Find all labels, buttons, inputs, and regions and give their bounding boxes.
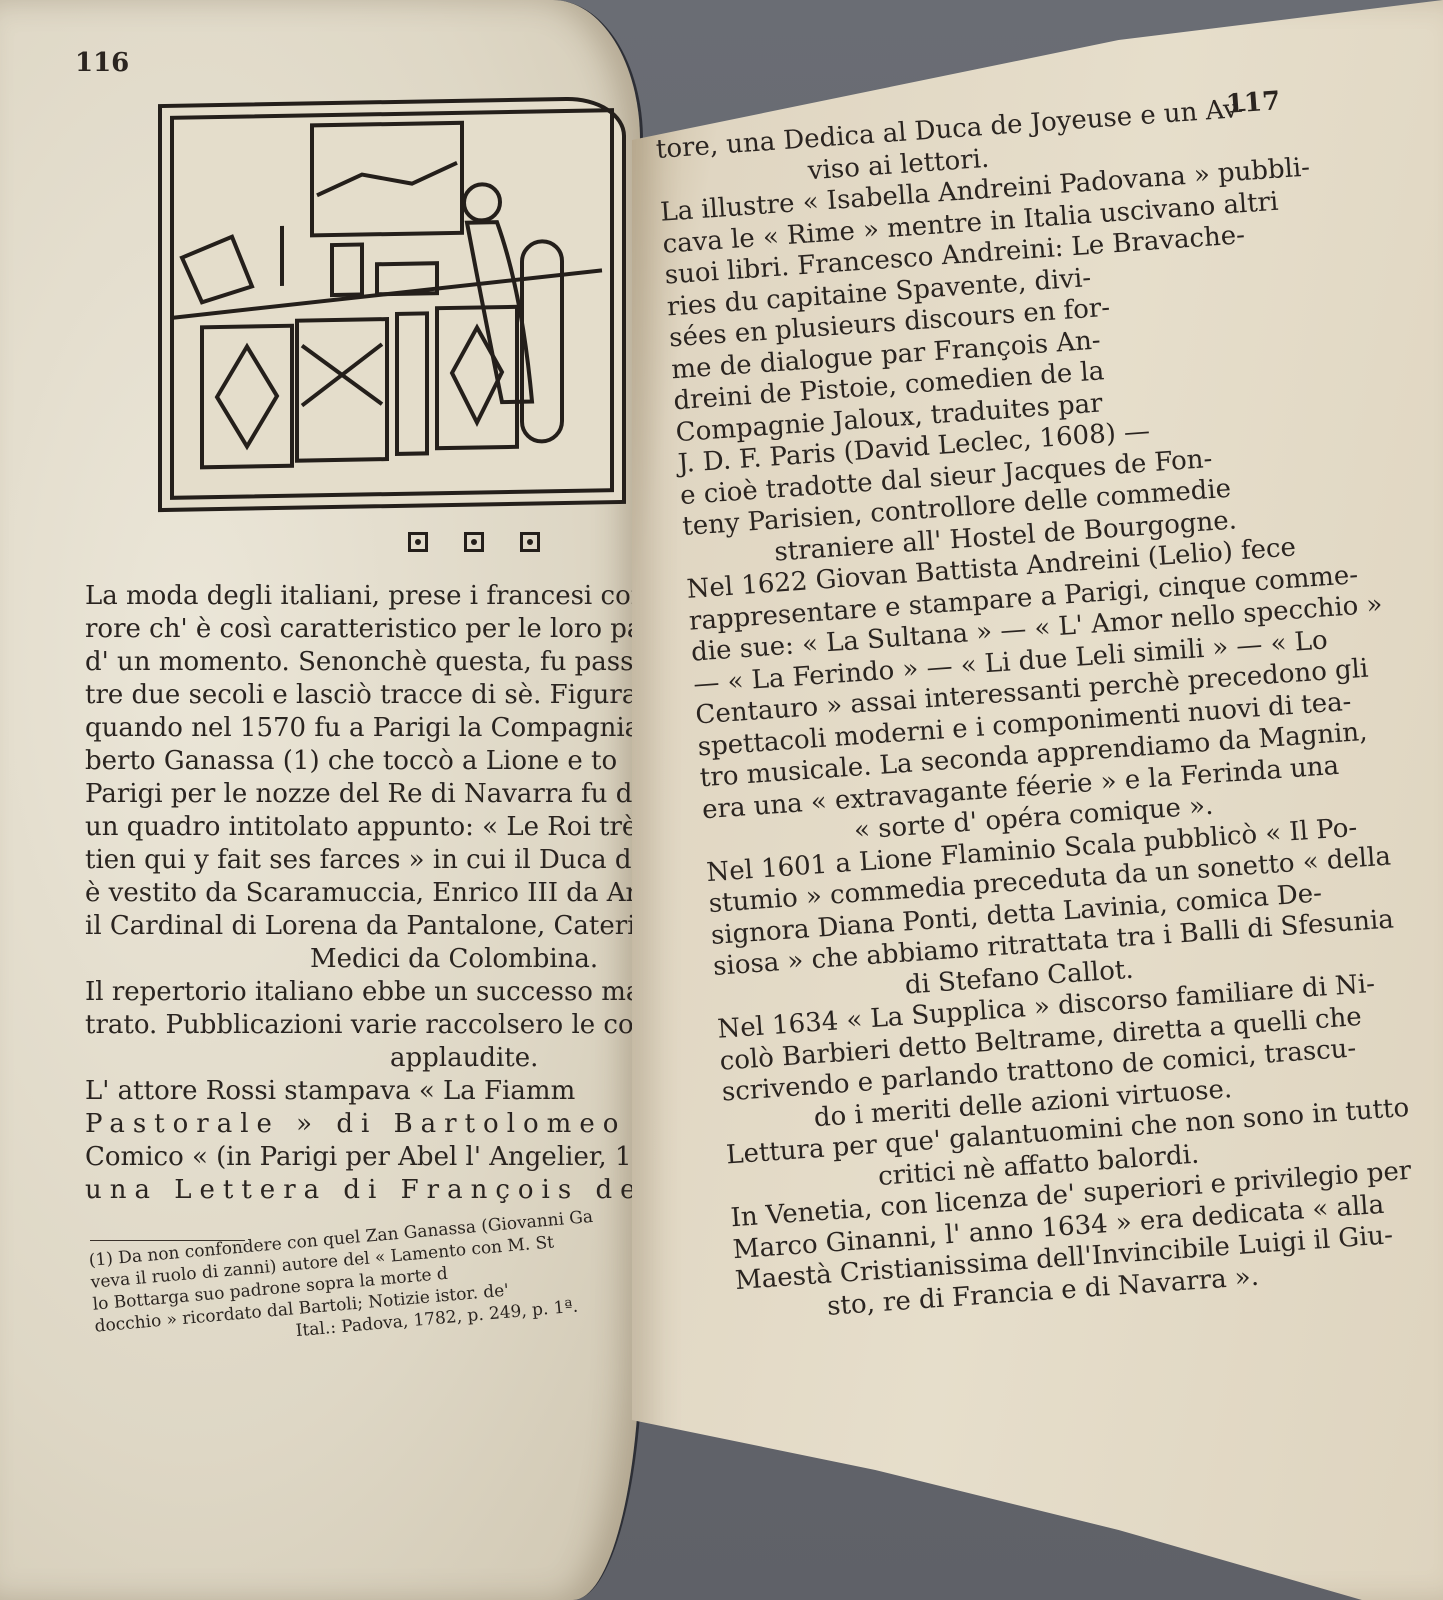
text-line: d' un momento. Senonchè questa, fu passi…: [85, 646, 645, 679]
text-line: un quadro intitolato appunto: « Le Roi t…: [85, 811, 645, 844]
text-line: Medici da Colombina.: [85, 943, 645, 976]
footnote: (1) Da non confondere con quel Zan Ganas…: [88, 1202, 645, 1360]
text-line: Comico « (in Parigi per Abel l' Angelier…: [85, 1141, 645, 1174]
text-line: rore ch' è così caratteristico per le lo…: [85, 613, 645, 646]
ornament-row: [408, 532, 540, 552]
left-page-body-text: La moda degli italiani, prese i francesi…: [85, 580, 645, 1207]
ornament-square-icon: [520, 532, 540, 552]
text-line: Il repertorio italiano ebbe un successo …: [85, 976, 645, 1009]
text-line: applaudite.: [85, 1042, 645, 1075]
woodcut-illustration: [158, 96, 626, 512]
text-line: quando nel 1570 fu a Parigi la Compagnia…: [85, 712, 645, 745]
left-page: 116: [0, 0, 643, 1600]
page-number-left: 116: [75, 48, 129, 78]
ornament-square-icon: [464, 532, 484, 552]
ornament-square-icon: [408, 532, 428, 552]
text-line: trato. Pubblicazioni varie raccolsero le…: [85, 1009, 645, 1042]
text-line: una Lettera di François de Beroalde d: [85, 1174, 645, 1207]
text-line: tre due secoli e lasciò tracce di sè. Fi…: [85, 679, 645, 712]
text-line: L' attore Rossi stampava « La Fiamm: [85, 1075, 645, 1108]
text-line: tien qui y fait ses farces » in cui il D…: [85, 844, 645, 877]
text-line: La moda degli italiani, prese i francesi…: [85, 580, 645, 613]
woodcut-scholar-icon: [162, 100, 622, 508]
text-line: Parigi per le nozze del Re di Navarra fu…: [85, 778, 645, 811]
text-line: il Cardinal di Lorena da Pantalone, Cate…: [85, 910, 645, 943]
right-page-body-text: tore, una Dedica al Duca de Joyeuse e un…: [655, 89, 1397, 1329]
text-line: Pastorale » di Bartolomeo Rossi da V: [85, 1108, 645, 1141]
text-line: berto Ganassa (1) che toccò a Lione e to: [85, 745, 645, 778]
text-line: è vestito da Scaramuccia, Enrico III da …: [85, 877, 645, 910]
